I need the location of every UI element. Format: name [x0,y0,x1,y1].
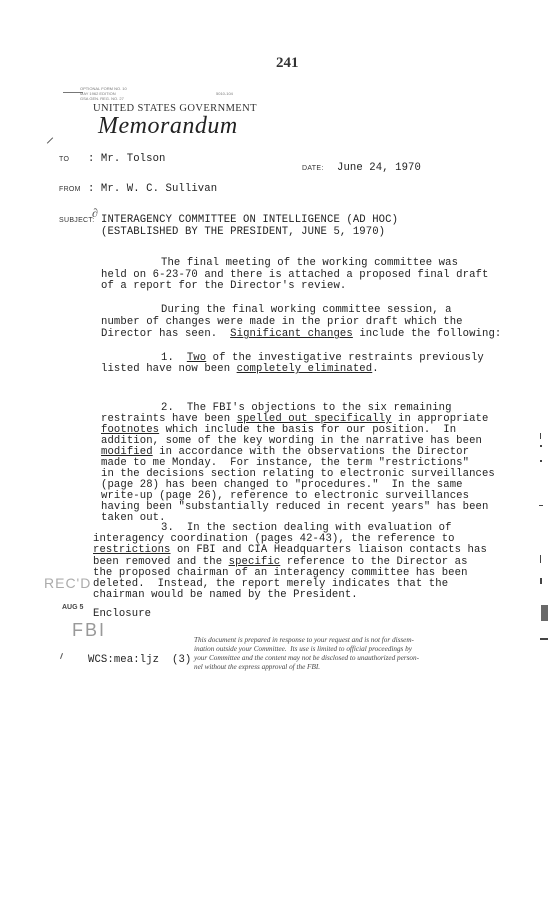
scan-mark [63,92,83,93]
item-2-line: taken out. [101,513,166,524]
received-stamp: REC'D [44,575,91,591]
disclaimer-line: nel without the express approval of the … [194,663,320,672]
date-value: June 24, 1970 [337,162,421,174]
paragraph-1-line: of a report for the Director's review. [101,281,346,292]
disclaimer-line: ination outside your Committee. Its use … [194,645,412,654]
item-3-line: chairman would be named by the President… [93,590,358,601]
document-type-title: Memorandum [98,113,238,140]
paragraph-1-line: The final meeting of the working committ… [161,258,458,269]
from-value: : Mr. W. C. Sullivan [88,183,217,195]
underlined-text: Significant changes [230,328,353,340]
fbi-stamp: FBI [72,620,106,641]
paragraph-2-line: number of changes were made in the prior… [101,317,463,328]
subject-line: (ESTABLISHED BY THE PRESIDENT, JUNE 5, 1… [101,226,385,238]
enclosure-label: Enclosure [93,608,151,620]
subject-line: INTERAGENCY COMMITTEE ON INTELLIGENCE (A… [101,214,398,226]
handwritten-mark: ∂ [92,206,98,221]
scan-mark [540,555,541,563]
pen-mark [47,137,53,143]
disclaimer-line: your Committee and the content may not b… [194,654,419,663]
scan-mark [539,505,543,506]
disclaimer-line: This document is prepared in response to… [194,636,414,645]
copy-count: (3) [172,654,191,666]
scan-mark [540,445,542,447]
scan-mark [540,638,548,640]
page-number: 241 [276,55,299,72]
date-label: DATE: [302,165,324,172]
form-code-right: 5010-104 [216,91,233,96]
paragraph-2-line: Director has seen. Significant changes i… [101,329,501,340]
scan-mark [540,460,542,462]
scan-mark [540,578,542,584]
form-code-line: GSA GEN. REG. NO. 27 [80,96,124,101]
typist-initials: WCS:mea:ljz [88,654,159,666]
item-1-line: listed have now been completely eliminat… [101,364,379,375]
scan-mark [540,433,541,439]
pen-mark [60,653,63,659]
to-label: TO [59,156,69,163]
date-stamp: AUG 5 [62,604,83,611]
paragraph-2-line: During the final working committee sessi… [161,305,452,316]
item-3-line: restrictions on FBI and CIA Headquarters… [93,545,487,556]
subject-label: SUBJECT: [59,217,94,224]
scan-mark [541,605,548,621]
to-value: : Mr. Tolson [88,153,166,165]
from-label: FROM [59,186,81,193]
